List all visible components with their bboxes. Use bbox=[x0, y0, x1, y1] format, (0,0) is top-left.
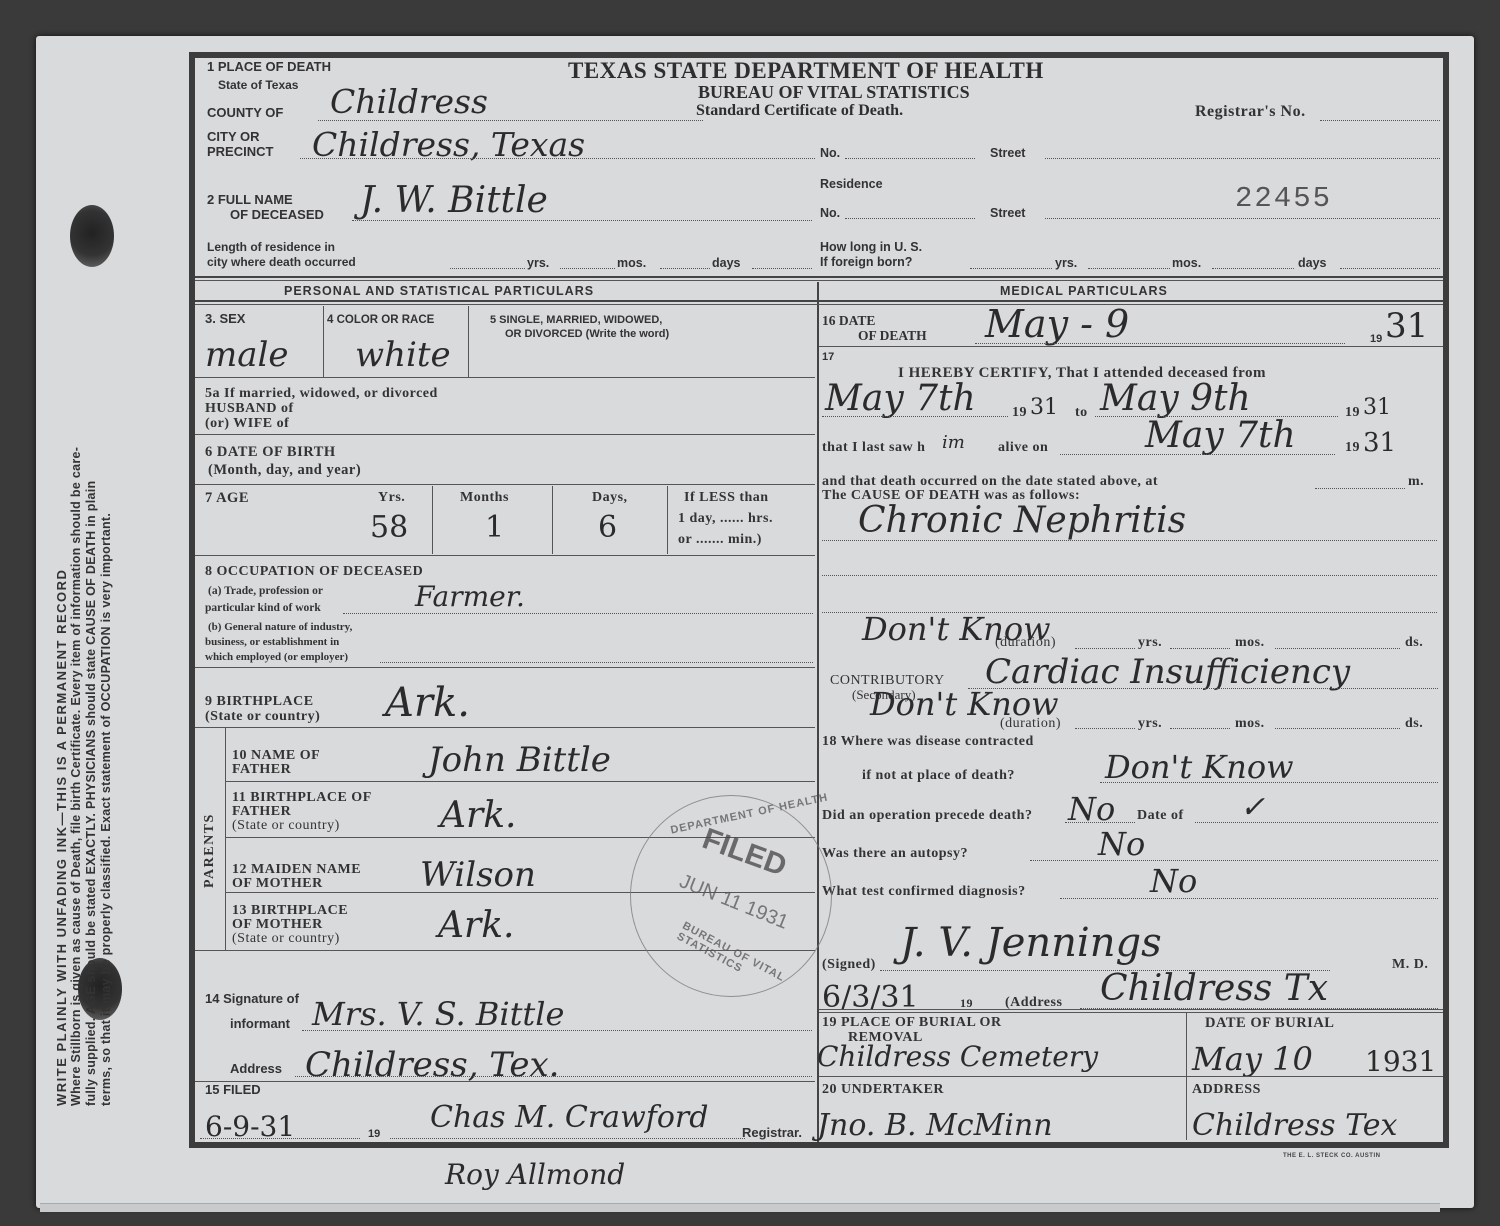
contrib-ds-field[interactable] bbox=[1275, 728, 1400, 729]
death-time-m: m. bbox=[1408, 474, 1424, 490]
side-instruction-line: Where Stillborn is given as cause of Dea… bbox=[69, 66, 84, 1106]
cell-divider bbox=[323, 306, 324, 378]
industry-label-3: which employed (or employer) bbox=[205, 650, 348, 664]
full-name-label: 2 FULL NAME bbox=[207, 193, 293, 207]
cell-divider bbox=[552, 486, 553, 554]
age-months-value[interactable]: 1 bbox=[485, 510, 504, 545]
diagnosis-test-value[interactable]: No bbox=[1150, 862, 1197, 900]
last-saw-label: that I last saw h bbox=[822, 440, 925, 456]
spouse-label: 5a If married, widowed, or divorced bbox=[205, 386, 438, 402]
father-name-value[interactable]: John Bittle bbox=[428, 740, 611, 780]
res-street-field[interactable] bbox=[1045, 218, 1440, 219]
stamp-filed-text: FILED bbox=[698, 822, 791, 884]
age-months-label: Months bbox=[460, 490, 509, 506]
yrs-label: yrs. bbox=[1138, 716, 1162, 732]
dob-label: 6 DATE OF BIRTH bbox=[205, 444, 336, 460]
informant-label: informant bbox=[230, 1017, 290, 1031]
attended-from-line bbox=[822, 416, 1008, 417]
diagnosis-test-line bbox=[1060, 898, 1438, 899]
registrar-label: Registrar. bbox=[742, 1126, 802, 1140]
father-birthplace-value[interactable]: Ark. bbox=[440, 795, 516, 836]
disease-contracted-line bbox=[1100, 782, 1438, 783]
of-death-label: OF DEATH bbox=[858, 329, 927, 343]
informant-address-value[interactable]: Childress, Tex. bbox=[305, 1045, 559, 1085]
husband-of-label: HUSBAND of bbox=[205, 401, 294, 417]
bureau-title: BUREAU OF VITAL STATISTICS bbox=[698, 82, 970, 103]
occupation-line bbox=[343, 613, 813, 614]
res-days-line bbox=[752, 268, 812, 269]
state-label: State of Texas bbox=[218, 78, 298, 92]
physician-signature[interactable]: J. V. Jennings bbox=[900, 920, 1162, 966]
diagnosis-test-label: What test confirmed diagnosis? bbox=[822, 884, 1026, 900]
divider bbox=[195, 276, 1443, 278]
street-label: Street bbox=[990, 146, 1025, 160]
disease-contracted-value[interactable]: Don't Know bbox=[1105, 748, 1294, 786]
county-value[interactable]: Childress bbox=[330, 82, 488, 121]
foreign-born-label: If foreign born? bbox=[820, 255, 912, 269]
us-mos-field[interactable] bbox=[1088, 268, 1170, 269]
informant-signature-value[interactable]: Mrs. V. S. Bittle bbox=[312, 995, 564, 1033]
us-days-label: days bbox=[1298, 256, 1327, 270]
res-days-field[interactable] bbox=[660, 268, 710, 269]
burial-place-value[interactable]: Childress Cemetery bbox=[817, 1040, 1098, 1073]
days-label: days bbox=[712, 256, 741, 270]
year-prefix: 19 bbox=[1345, 440, 1360, 456]
age-yrs-label: Yrs. bbox=[378, 490, 405, 506]
informant-address-label: Address bbox=[230, 1062, 282, 1076]
year-prefix: 19 bbox=[1012, 405, 1027, 421]
father-birthplace-label-3: (State or country) bbox=[232, 818, 340, 834]
dod-year-prefix: 19 bbox=[1370, 332, 1382, 346]
duration-mos-field[interactable] bbox=[1170, 648, 1230, 649]
operation-date-line bbox=[1195, 822, 1438, 823]
age-label: 7 AGE bbox=[205, 490, 249, 506]
ds-label: ds. bbox=[1405, 635, 1423, 651]
filed-19: 19 bbox=[368, 1127, 380, 1141]
city-line bbox=[300, 158, 815, 159]
marital-label-2: OR DIVORCED (Write the word) bbox=[505, 327, 669, 341]
operation-label: Did an operation precede death? bbox=[822, 808, 1032, 824]
alive-on-label: alive on bbox=[998, 440, 1048, 456]
divider bbox=[195, 280, 1443, 281]
personal-section-title: PERSONAL AND STATISTICAL PARTICULARS bbox=[284, 284, 594, 298]
burial-date-label: DATE OF BURIAL bbox=[1205, 1015, 1334, 1031]
age-yrs-value[interactable]: 58 bbox=[370, 510, 408, 545]
deceased-name-value[interactable]: J. W. Bittle bbox=[360, 180, 548, 221]
age-days-value[interactable]: 6 bbox=[598, 510, 617, 545]
operation-date-label: Date of bbox=[1137, 808, 1184, 824]
mos-label: mos. bbox=[617, 256, 646, 270]
mother-birthplace-value[interactable]: Ark. bbox=[438, 905, 514, 946]
dod-year-value[interactable]: 31 bbox=[1385, 306, 1428, 346]
filed-stamp: DEPARTMENT OF HEALTH FILED JUN 11 1931 B… bbox=[630, 795, 832, 997]
cell-divider bbox=[667, 486, 668, 554]
divider bbox=[195, 667, 815, 668]
date-of-death-label: 16 DATE bbox=[822, 314, 875, 328]
year-prefix: 19 bbox=[1345, 405, 1360, 421]
to-label: to bbox=[1075, 405, 1088, 421]
sex-value[interactable]: male bbox=[205, 335, 289, 375]
burial-date-value[interactable]: May 10 bbox=[1192, 1040, 1313, 1078]
registrar-no-label: Registrar's No. bbox=[1195, 104, 1306, 120]
burial-place-label: 19 PLACE OF BURIAL OR bbox=[822, 1015, 1002, 1031]
undertaker-address-label: ADDRESS bbox=[1192, 1082, 1261, 1098]
divider bbox=[195, 300, 1443, 302]
side-instruction-line: terms, so that it may be properly classi… bbox=[99, 66, 114, 1106]
occupation-a-label-2: particular kind of work bbox=[205, 601, 321, 615]
divider bbox=[195, 727, 815, 728]
us-yrs-label: yrs. bbox=[1055, 256, 1077, 270]
race-value[interactable]: white bbox=[355, 335, 451, 375]
file-number: 22455 bbox=[1235, 182, 1332, 215]
death-time-field[interactable] bbox=[1315, 488, 1405, 489]
ds-label: ds. bbox=[1405, 716, 1423, 732]
disease-contracted-label-2: if not at place of death? bbox=[862, 768, 1015, 784]
birthplace-value[interactable]: Ark. bbox=[385, 680, 470, 726]
divider bbox=[195, 555, 815, 556]
parents-side-label: PARENTS bbox=[202, 813, 218, 888]
mother-label: OF MOTHER bbox=[232, 876, 323, 892]
industry-label-2: business, or establishment in bbox=[205, 635, 339, 649]
mos-label: mos. bbox=[1235, 635, 1265, 651]
residence-label: Residence bbox=[820, 177, 883, 191]
parents-divider bbox=[225, 728, 226, 950]
autopsy-value[interactable]: No bbox=[1098, 825, 1145, 863]
res-street-label: Street bbox=[990, 206, 1025, 220]
divider bbox=[819, 346, 1443, 347]
attended-from-year[interactable]: 31 bbox=[1030, 395, 1058, 420]
us-yrs-field[interactable] bbox=[970, 268, 1052, 269]
of-deceased-label: OF DECEASED bbox=[230, 208, 324, 222]
us-days-line bbox=[1340, 268, 1440, 269]
us-label: How long in U. S. bbox=[820, 240, 922, 254]
res-mos-field[interactable] bbox=[560, 268, 615, 269]
name-line bbox=[352, 220, 812, 221]
attended-to-value[interactable]: May 9th bbox=[1100, 378, 1251, 419]
divider bbox=[195, 377, 815, 378]
birthplace-sublabel: (State or country) bbox=[205, 709, 320, 725]
divider bbox=[195, 304, 1443, 305]
contrib-mos-field[interactable] bbox=[1170, 728, 1230, 729]
last-saw-line bbox=[1060, 454, 1335, 455]
duration-label: (duration) bbox=[995, 635, 1056, 651]
autopsy-label: Was there an autopsy? bbox=[822, 846, 968, 862]
county-line bbox=[318, 120, 703, 121]
mos-label: mos. bbox=[1235, 716, 1265, 732]
birthplace-label: 9 BIRTHPLACE bbox=[205, 694, 314, 710]
us-mos-label: mos. bbox=[1172, 256, 1201, 270]
industry-label: (b) General nature of industry, bbox=[208, 620, 352, 634]
department-title: TEXAS STATE DEPARTMENT OF HEALTH bbox=[568, 58, 1044, 84]
operation-date-value[interactable]: ✓ bbox=[1240, 790, 1265, 825]
certify-number: 17 bbox=[822, 350, 834, 364]
cell-divider bbox=[432, 486, 433, 554]
race-label: 4 COLOR OR RACE bbox=[327, 313, 434, 327]
industry-field[interactable] bbox=[380, 662, 813, 663]
precinct-label: PRECINCT bbox=[207, 145, 273, 159]
street-field[interactable] bbox=[1045, 158, 1440, 159]
undertaker-address-value[interactable]: Childress Tex bbox=[1192, 1108, 1397, 1143]
sex-label: 3. SEX bbox=[205, 312, 245, 326]
deputy-signature: Roy Allmond bbox=[445, 1158, 625, 1191]
residence-length-label: Length of residence in bbox=[207, 240, 335, 254]
city-label: CITY OR bbox=[207, 130, 260, 144]
filed-label: 15 FILED bbox=[205, 1083, 261, 1097]
duration-yrs-field[interactable] bbox=[1075, 648, 1135, 649]
divider bbox=[819, 1076, 1443, 1077]
md-label: M. D. bbox=[1392, 957, 1428, 973]
residence-city-label: city where death occurred bbox=[207, 255, 356, 269]
cell-divider bbox=[468, 306, 469, 378]
cause-line-1 bbox=[822, 540, 1437, 541]
contrib-yrs-field[interactable] bbox=[1075, 728, 1135, 729]
place-of-death-label: 1 PLACE OF DEATH bbox=[207, 60, 331, 74]
divider bbox=[819, 1012, 1443, 1013]
side-instruction-heading: WRITE PLAINLY WITH UNFADING INK—THIS IS … bbox=[54, 66, 69, 1106]
res-yrs-field[interactable] bbox=[450, 268, 525, 269]
signed-label: (Signed) bbox=[822, 957, 876, 973]
autopsy-line bbox=[1030, 860, 1438, 861]
age-min-label: or ....... min.) bbox=[678, 532, 762, 548]
marital-label: 5 SINGLE, MARRIED, WIDOWED, bbox=[490, 313, 662, 327]
yrs-label: yrs. bbox=[527, 256, 549, 270]
address-line bbox=[295, 1076, 812, 1077]
occupation-value[interactable]: Farmer. bbox=[415, 580, 525, 613]
registrar-no-field[interactable] bbox=[1320, 120, 1440, 121]
no-field[interactable] bbox=[845, 158, 975, 159]
paper-edge bbox=[40, 1203, 1440, 1212]
form-name: Standard Certificate of Death. bbox=[696, 102, 903, 120]
side-instruction-line: fully supplied. AGE should be stated EXA… bbox=[84, 66, 99, 1106]
no-label: No. bbox=[820, 146, 840, 160]
occupation-a-label: (a) Trade, profession or bbox=[208, 584, 323, 598]
physician-address-value[interactable]: Childress Tx bbox=[1100, 968, 1328, 1009]
wife-of-label: (or) WIFE of bbox=[205, 416, 289, 432]
attended-from-value[interactable]: May 7th bbox=[825, 378, 976, 419]
contrib-duration-label: (duration) bbox=[1000, 716, 1061, 732]
age-less-label: If LESS than bbox=[684, 490, 769, 506]
us-days-field[interactable] bbox=[1212, 268, 1294, 269]
medical-section-title: MEDICAL PARTICULARS bbox=[1000, 284, 1168, 298]
county-label: COUNTY OF bbox=[207, 106, 283, 120]
registrar-signature[interactable]: Chas M. Crawford bbox=[430, 1100, 708, 1135]
age-hrs-label: 1 day, ...... hrs. bbox=[678, 511, 773, 527]
filed-date-line bbox=[200, 1138, 360, 1139]
cause-of-death-value[interactable]: Chronic Nephritis bbox=[858, 500, 1186, 541]
registrar-line bbox=[390, 1138, 745, 1139]
divider bbox=[195, 434, 815, 435]
informant-line bbox=[302, 1030, 812, 1031]
father-label: FATHER bbox=[232, 762, 291, 778]
divider bbox=[819, 1009, 1443, 1010]
burial-year-value[interactable]: 1931 bbox=[1365, 1045, 1436, 1078]
side-instructions: WRITE PLAINLY WITH UNFADING INK—THIS IS … bbox=[54, 66, 114, 1106]
res-no-label: No. bbox=[820, 206, 840, 220]
mother-name-value[interactable]: Wilson bbox=[420, 855, 536, 895]
divider bbox=[195, 484, 815, 485]
date-of-death-value[interactable]: May - 9 bbox=[985, 302, 1129, 346]
divider bbox=[195, 1081, 815, 1082]
dob-sublabel: (Month, day, and year) bbox=[208, 462, 361, 478]
last-saw-pronoun[interactable]: im bbox=[942, 432, 965, 453]
mother-birthplace-label-3: (State or country) bbox=[232, 931, 340, 947]
attended-to-year[interactable]: 31 bbox=[1363, 395, 1391, 420]
occupation-label: 8 OCCUPATION OF DECEASED bbox=[205, 564, 423, 580]
res-no-field[interactable] bbox=[845, 218, 975, 219]
undertaker-label: 20 UNDERTAKER bbox=[822, 1082, 944, 1098]
divider bbox=[225, 781, 815, 782]
last-saw-date-value[interactable]: May 7th bbox=[1145, 415, 1296, 456]
informant-signature-label: 14 Signature of bbox=[205, 992, 299, 1006]
yrs-label: yrs. bbox=[1138, 635, 1162, 651]
age-days-label: Days, bbox=[592, 490, 628, 506]
operation-line bbox=[1065, 822, 1135, 823]
cause-line-2 bbox=[822, 575, 1437, 576]
printer-imprint: THE E. L. STECK CO. AUSTIN bbox=[1283, 1153, 1380, 1159]
disease-contracted-label: 18 Where was disease contracted bbox=[822, 734, 1034, 750]
last-saw-year[interactable]: 31 bbox=[1363, 428, 1396, 458]
dod-line bbox=[975, 343, 1345, 344]
undertaker-value[interactable]: Jno. B. McMinn bbox=[817, 1108, 1053, 1143]
duration-ds-field[interactable] bbox=[1275, 648, 1400, 649]
